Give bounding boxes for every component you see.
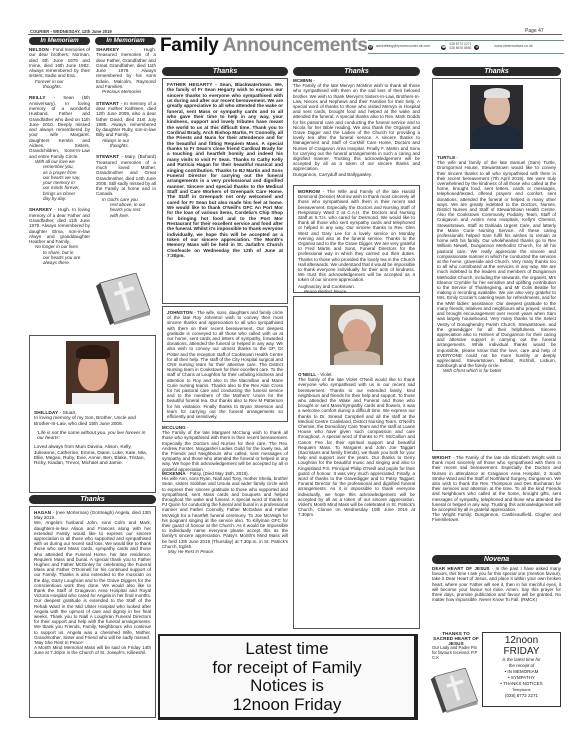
photo-violet-oneill: [330, 305, 383, 365]
hegarty-notice: FATHER HEGARTY - Sean, Blackwatertown. W…: [162, 78, 288, 304]
wright-notice: WRIGHT - The Family of the late Ida Eliz…: [432, 455, 561, 523]
section-heading-in-memoriam-2: In Memoriam: [95, 37, 156, 45]
section-heading-thanks-mid1: Thanks: [162, 67, 288, 76]
notice-nelson: NELSON - Fond memories of our dear broth…: [29, 47, 90, 79]
notice-sharkey-1: SHARKEY - Hugh. In loving memory of a de…: [29, 207, 90, 244]
section-heading-thanks-right: Thanks: [432, 67, 561, 76]
section-heading-novena: Novena: [432, 555, 561, 564]
johnston-notice: JOHNSTON - The wife, sons, daughters and…: [162, 306, 288, 422]
phone-icon: ☎: [441, 45, 446, 50]
memoriam-column-2: SHARKEY - Hugh. Treasured memories of a …: [96, 47, 156, 218]
contact-email[interactable]: advertising@tyronecourier.uk.com: [376, 44, 430, 49]
bible-icon: [96, 273, 152, 325]
photo-samuel-turtle: [470, 85, 523, 149]
sacred-heart-thanks: THANKS TO SACRED HEART OF JESUS Our Lady…: [432, 632, 480, 661]
page-title: Family Announcements: [160, 35, 368, 57]
morrow-notice: MORROW - The Wife and Family of the late…: [293, 185, 420, 293]
mckenna-notice: MCKENNA - Patsy, (Died May 15th, 2019). …: [162, 471, 288, 554]
deadline-banner: Latest time for receipt of Family Notice…: [158, 634, 418, 720]
section-heading-in-memoriam-1: In Memoriam: [29, 37, 90, 45]
contact-phones: 028 8772 2271028 8676 8892: [449, 43, 471, 50]
shillday-notice: SHILLDAY - Stuart. In loving memory of m…: [29, 335, 156, 493]
oneill-notice: O'NEILL - Violet The family of the late …: [293, 296, 420, 629]
phone-2[interactable]: 028 8676 8892: [449, 46, 471, 50]
bible-icon-2: [430, 668, 480, 713]
mcminn-notice: MCMINN - The Family of the late Mervyn M…: [293, 78, 420, 177]
deadline-box: 12noon FRIDAY is the latest time for the…: [482, 632, 561, 707]
section-heading-thanks-left: Thanks: [29, 495, 156, 504]
notice-sharkey-2: SHARKEY - Hugh. Treasured memories of a …: [96, 47, 156, 89]
novena-notice: DEAR HEART OF JESUS - In the past I have…: [432, 566, 561, 602]
section-heading-thanks-mid2: Thanks: [293, 67, 420, 76]
hagan-notice: HAGAN - (nee McKernan) (Gortreagh) Angel…: [29, 506, 156, 718]
contact-bar: @ advertising@tyronecourier.uk.com ☎ 028…: [368, 40, 564, 54]
memoriam-column-1: NELSON - Fond memories of our dear broth…: [29, 47, 90, 266]
title-announcements: Announcements: [223, 35, 368, 56]
web-icon: w: [474, 45, 479, 50]
email-icon: @: [368, 45, 373, 50]
mcclung-notice: MCCLUNG - The Family of the late Margare…: [162, 425, 288, 472]
turtle-notice: TURTLE - The wife and family of the late…: [432, 78, 561, 451]
title-family: Family: [160, 35, 218, 56]
contact-web[interactable]: www.ulsternotices.co.uk: [494, 44, 532, 49]
notice-stewart-1: STEWART - In memory of a dear mother Kat…: [96, 101, 156, 138]
notice-stewart-2: STEWART - Mary. (Bohard) Treasured memor…: [96, 154, 156, 196]
notice-reilly: REILLY - Sean (5th Anniversary). In lovi…: [29, 95, 90, 159]
photo-stuart-shillday: [66, 341, 119, 404]
